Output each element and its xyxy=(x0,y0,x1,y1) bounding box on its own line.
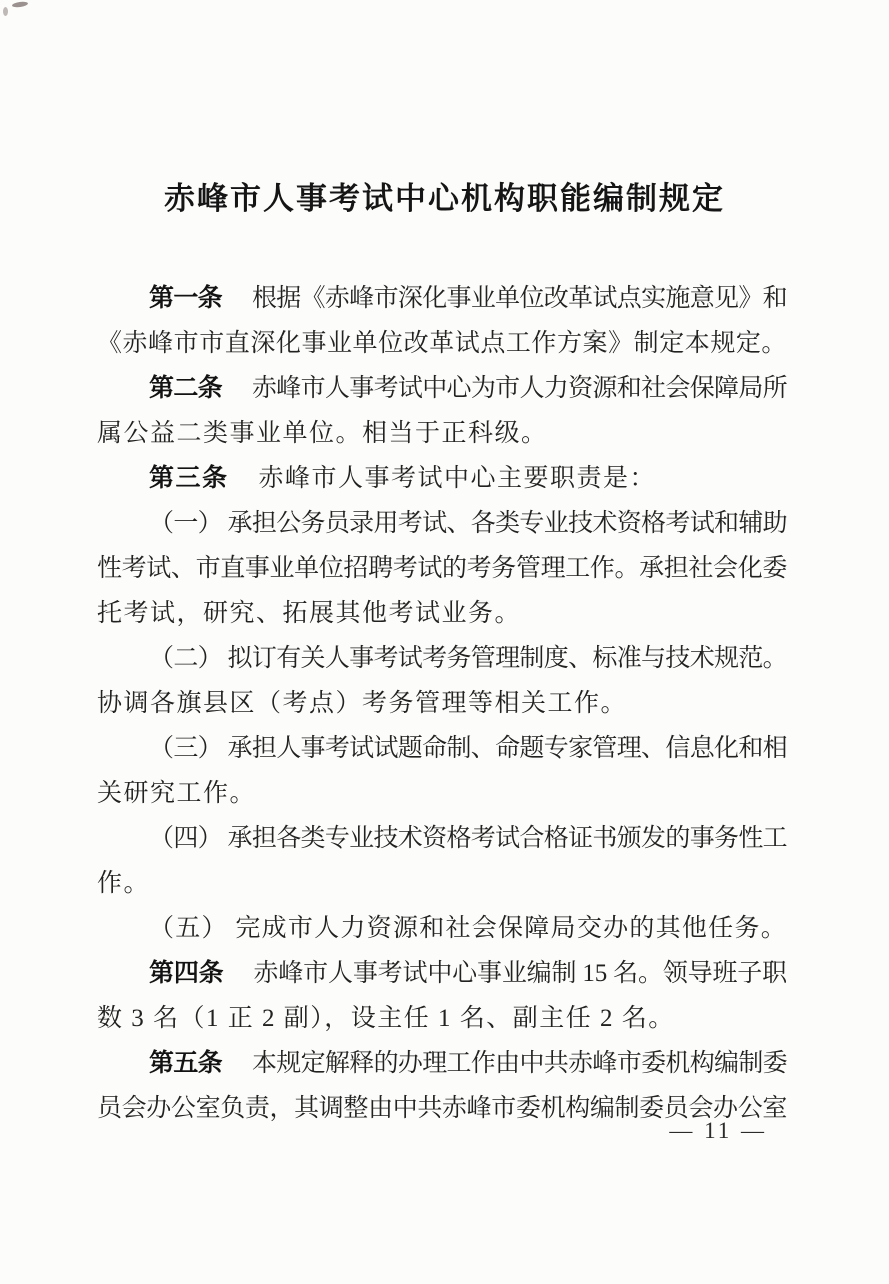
body-line: 《赤峰市市直深化事业单位改革试点工作方案》制定本规定。 xyxy=(97,321,787,366)
body-line: （二） 拟订有关人事考试考务管理制度、标准与技术规范。 xyxy=(97,636,787,681)
body-line: 关研究工作。 xyxy=(97,771,787,816)
body-line: （五） 完成市人力资源和社会保障局交办的其他任务。 xyxy=(97,906,787,951)
body-line: 托考试，研究、拓展其他考试业务。 xyxy=(97,591,787,636)
article-number: 第一条 xyxy=(149,285,222,312)
document-title: 赤峰市人事考试中心机构职能编制规定 xyxy=(0,176,889,221)
document-body: 第一条根据《赤峰市深化事业单位改革试点实施意见》和《赤峰市市直深化事业单位改革试… xyxy=(97,276,787,1131)
body-line: （一） 承担公务员录用考试、各类专业技术资格考试和辅助 xyxy=(97,501,787,546)
scan-artifact-speck xyxy=(12,1,29,8)
body-line: 协调各旗县区（考点）考务管理等相关工作。 xyxy=(97,681,787,726)
body-line: 第四条赤峰市人事考试中心事业编制 15 名。领导班子职 xyxy=(97,951,787,996)
body-line: 第三条赤峰市人事考试中心主要职责是： xyxy=(97,456,787,501)
page-number: — 11 — xyxy=(669,1117,767,1145)
body-line: 第二条赤峰市人事考试中心为市人力资源和社会保障局所 xyxy=(97,366,787,411)
body-line: 作。 xyxy=(97,861,787,906)
body-line: 第五条本规定解释的办理工作由中共赤峰市委机构编制委 xyxy=(97,1041,787,1086)
body-line: 数 3 名（1 正 2 副），设主任 1 名、副主任 2 名。 xyxy=(97,996,787,1041)
body-line: 性考试、市直事业单位招聘考试的考务管理工作。承担社会化委 xyxy=(97,546,787,591)
article-number: 第五条 xyxy=(149,1050,222,1077)
article-number: 第四条 xyxy=(149,960,224,987)
article-number: 第三条 xyxy=(149,465,229,492)
body-line: 属公益二类事业单位。相当于正科级。 xyxy=(97,411,787,456)
scan-artifact-speck xyxy=(3,7,8,16)
article-number: 第二条 xyxy=(149,375,222,402)
body-line: （三） 承担人事考试试题命制、命题专家管理、信息化和相 xyxy=(97,726,787,771)
body-line: （四） 承担各类专业技术资格考试合格证书颁发的事务性工 xyxy=(97,816,787,861)
scanned-document-page: 赤峰市人事考试中心机构职能编制规定 第一条根据《赤峰市深化事业单位改革试点实施意… xyxy=(0,0,889,1284)
body-line: 第一条根据《赤峰市深化事业单位改革试点实施意见》和 xyxy=(97,276,787,321)
